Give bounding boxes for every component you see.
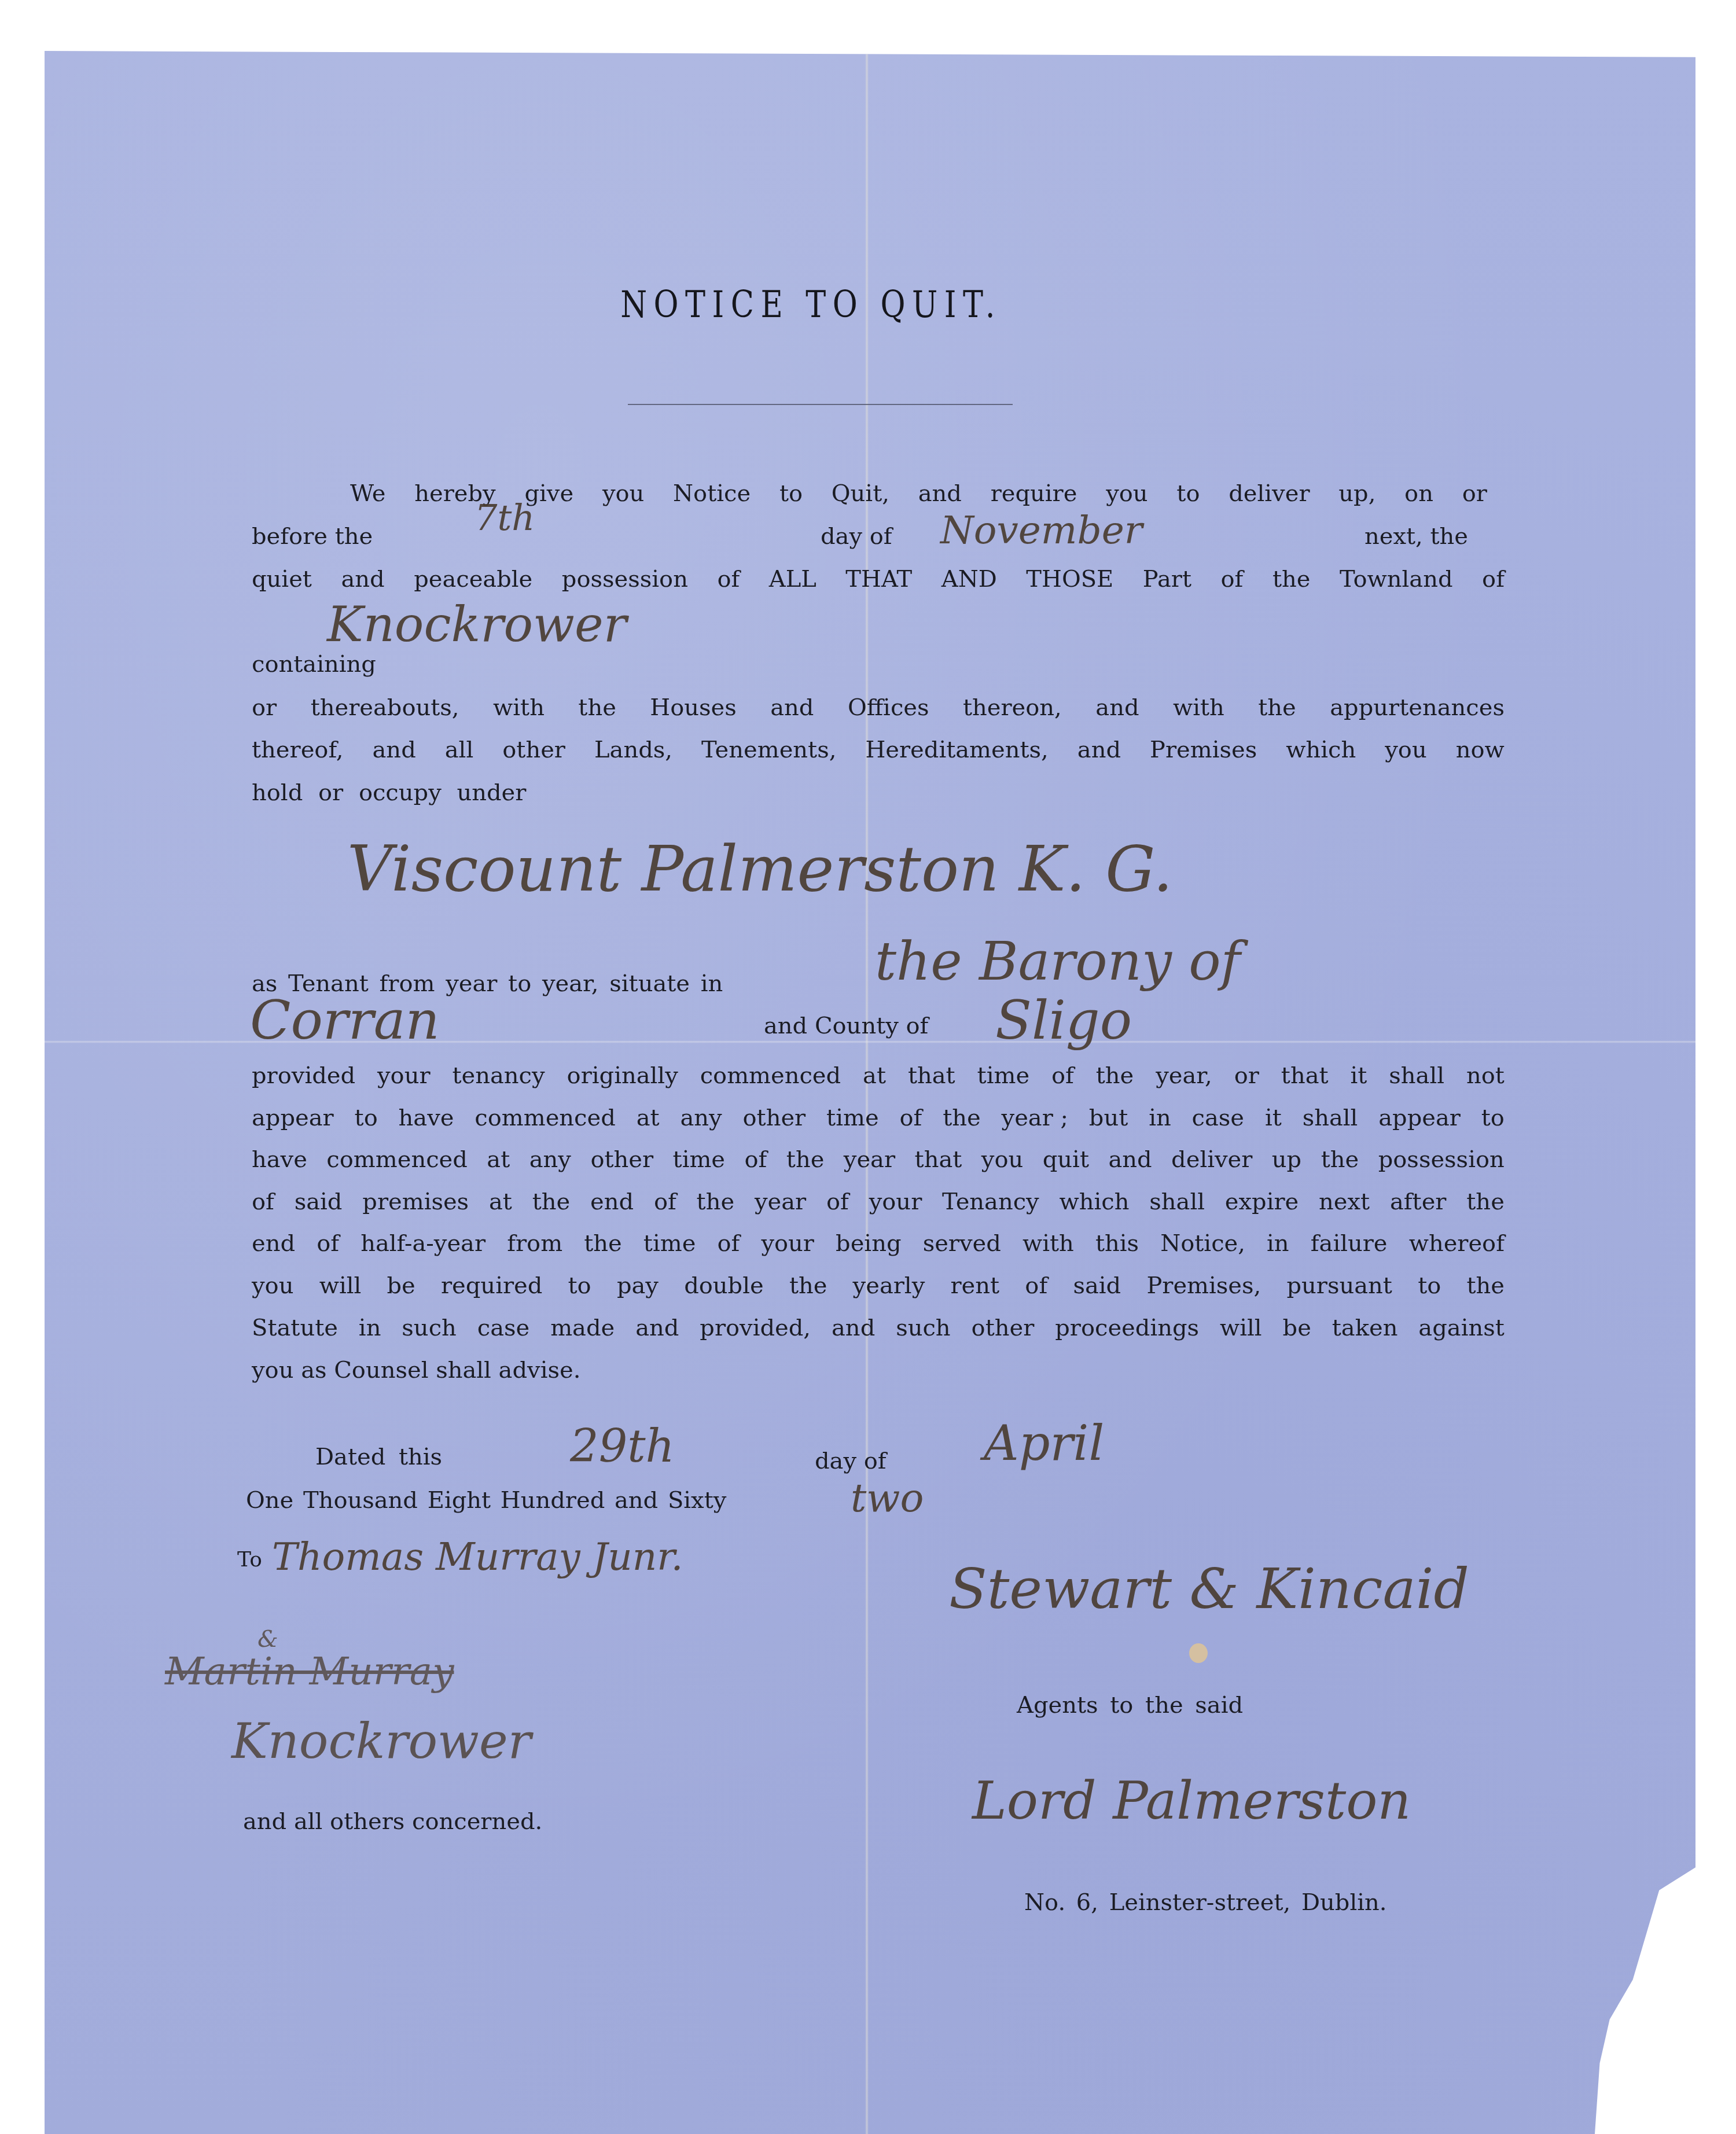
word: other — [502, 737, 565, 763]
agents-label: Agents to the said — [1017, 1692, 1243, 1719]
containing-label: containing — [252, 651, 376, 678]
word: of — [745, 1146, 767, 1173]
word: year, — [1156, 1062, 1212, 1089]
paragraph-line: endofhalf-a-yearfromthetimeofyourbeingse… — [252, 1230, 1505, 1257]
handwritten-dated-day: 29th — [570, 1421, 675, 1473]
word: the — [1272, 566, 1311, 593]
word: proceedings — [1055, 1315, 1199, 1341]
word: will — [319, 1272, 362, 1299]
word: of — [317, 1230, 339, 1257]
word: or — [252, 694, 277, 721]
word: said — [1073, 1272, 1121, 1299]
word: the — [1258, 694, 1296, 721]
word: whereof — [1409, 1230, 1505, 1257]
word: with — [493, 694, 545, 721]
word: year — [844, 1146, 895, 1173]
word: after — [1390, 1189, 1447, 1215]
word: be — [387, 1272, 415, 1299]
word: appear — [1378, 1105, 1461, 1131]
word: and — [918, 480, 962, 507]
word: half-a-year — [361, 1230, 486, 1257]
year-line: One Thousand Eight Hundred and Sixty — [246, 1487, 726, 1514]
paragraph-line: havecommencedatanyothertimeoftheyearthat… — [252, 1146, 1505, 1173]
word: case — [1192, 1105, 1244, 1131]
handwritten-tenant-townland: Knockrower — [231, 1713, 531, 1769]
word: that — [915, 1146, 962, 1173]
word: you — [981, 1146, 1023, 1173]
word: this — [1095, 1230, 1139, 1257]
word: Statute — [252, 1315, 338, 1341]
address-line: No. 6, Leinster-street, Dublin. — [1024, 1889, 1386, 1916]
paper-stain — [1189, 1643, 1208, 1663]
dated-day-of-label: day of — [815, 1448, 887, 1474]
word: of — [654, 1189, 676, 1215]
word: Premises — [1150, 737, 1257, 763]
word: pursuant — [1286, 1272, 1392, 1299]
word: AND — [941, 566, 997, 593]
word: Lands, — [594, 737, 672, 763]
word: shall — [1149, 1189, 1205, 1215]
word: time — [673, 1146, 725, 1173]
word: Hereditaments, — [865, 737, 1048, 763]
word: of — [252, 1189, 274, 1215]
word: provided, — [700, 1315, 811, 1341]
word: at — [487, 1146, 510, 1173]
handwritten-townland: Knockrower — [327, 596, 627, 653]
word: at — [863, 1062, 886, 1089]
word: but — [1089, 1105, 1128, 1131]
word: to — [1176, 480, 1200, 507]
word: now — [1456, 737, 1505, 763]
word: to — [568, 1272, 591, 1299]
word: the — [1096, 1062, 1134, 1089]
word: Tenements, — [701, 737, 836, 763]
word: Premises, — [1146, 1272, 1261, 1299]
body-line-3: quietandpeaceablepossessionofALLTHATANDT… — [252, 566, 1505, 593]
word: such — [896, 1315, 950, 1341]
word: of — [1482, 566, 1505, 593]
word: in — [1149, 1105, 1171, 1131]
word: other — [972, 1315, 1035, 1341]
word: expire — [1225, 1189, 1299, 1215]
word: rent — [950, 1272, 999, 1299]
word: time — [977, 1062, 1029, 1089]
paragraph-line: ofsaidpremisesattheendoftheyearofyourTen… — [252, 1189, 1505, 1215]
word: you — [602, 480, 644, 507]
title-divider — [628, 404, 1013, 405]
word: THOSE — [1026, 566, 1113, 593]
word: end — [590, 1189, 634, 1215]
handwritten-agents-signature: Stewart & Kincaid — [949, 1557, 1469, 1621]
word: to — [779, 480, 803, 507]
word: ALL — [769, 566, 816, 593]
word: to — [1418, 1272, 1441, 1299]
word: failure — [1311, 1230, 1388, 1257]
word: year ; — [1002, 1105, 1068, 1131]
word: of — [899, 1105, 922, 1131]
word: and — [1108, 1146, 1152, 1173]
word: appurtenances — [1330, 694, 1505, 721]
word: being — [836, 1230, 901, 1257]
word: the — [786, 1146, 825, 1173]
handwritten-struck-name: Martin Murray — [165, 1649, 454, 1694]
word: of — [1220, 566, 1243, 593]
word: you — [1385, 737, 1426, 763]
handwritten-barony-name: Corran — [250, 989, 440, 1051]
word: or — [1462, 480, 1487, 507]
word: the — [1321, 1146, 1359, 1173]
paragraph-line: youwillberequiredtopaydoubletheyearlyren… — [252, 1272, 1505, 1299]
paragraph-line: appeartohavecommencedatanyothertimeofthe… — [252, 1105, 1505, 1131]
handwritten-quit-month: November — [940, 508, 1142, 553]
word: appear — [252, 1105, 334, 1131]
paragraph-last-line: you as Counsel shall advise. — [252, 1357, 580, 1384]
word: other — [743, 1105, 806, 1131]
word: thereof, — [252, 737, 343, 763]
word: that — [908, 1062, 955, 1089]
word: commenced — [700, 1062, 841, 1089]
word: required — [441, 1272, 542, 1299]
word: commenced — [326, 1146, 467, 1173]
day-of-label: day of — [821, 523, 892, 550]
paragraph-line: providedyourtenancyoriginallycommencedat… — [252, 1062, 1505, 1089]
handwritten-county: Sligo — [995, 989, 1132, 1051]
handwritten-dated-month: April — [984, 1415, 1104, 1471]
handwritten-quit-day: 7th — [475, 496, 535, 539]
word: thereon, — [963, 694, 1062, 721]
word: you — [252, 1272, 293, 1299]
word: which — [1286, 737, 1356, 763]
word: such — [402, 1315, 456, 1341]
word: taken — [1332, 1315, 1398, 1341]
word: quiet — [252, 566, 312, 593]
word: Quit, — [832, 480, 889, 507]
word: tenancy — [453, 1062, 545, 1089]
word: served — [923, 1230, 1001, 1257]
vertical-fold-crease — [865, 51, 869, 2134]
word: yearly — [853, 1272, 925, 1299]
word: and — [1095, 694, 1139, 721]
word: any — [680, 1105, 722, 1131]
word: which — [1060, 1189, 1130, 1215]
word: will — [1220, 1315, 1262, 1341]
word: other — [590, 1146, 653, 1173]
paragraph-line: Statuteinsuchcasemadeandprovided,andsuch… — [252, 1315, 1505, 1341]
handwritten-year-suffix: two — [851, 1476, 924, 1521]
word: deliver — [1229, 480, 1310, 507]
word: against — [1418, 1315, 1504, 1341]
word: and — [832, 1315, 875, 1341]
word: or — [1234, 1062, 1259, 1089]
to-label: To — [237, 1548, 262, 1572]
word: at — [489, 1189, 512, 1215]
document-title: NOTICE TO QUIT. — [586, 284, 1036, 326]
handwritten-barony: the Barony of — [875, 930, 1241, 992]
next-the-label: next, the — [1364, 523, 1468, 550]
hold-or-occupy-label: hold or occupy under — [252, 779, 526, 806]
handwritten-landlord: Viscount Palmerston K. G. — [347, 833, 1173, 906]
word: the — [584, 1230, 622, 1257]
word: at — [637, 1105, 660, 1131]
word: have — [399, 1105, 454, 1131]
word: possession — [562, 566, 688, 593]
word: of — [826, 1189, 849, 1215]
word: shall — [1389, 1062, 1444, 1089]
word: commenced — [475, 1105, 615, 1131]
word: Offices — [848, 694, 929, 721]
word: not — [1466, 1062, 1505, 1089]
word: case — [477, 1315, 529, 1341]
word: pay — [617, 1272, 659, 1299]
word: and — [770, 694, 814, 721]
word: Tenancy — [942, 1189, 1039, 1215]
word: require — [991, 480, 1077, 507]
word: the — [1466, 1189, 1505, 1215]
word: you — [1106, 480, 1147, 507]
word: your — [869, 1189, 922, 1215]
word: Houses — [650, 694, 736, 721]
handwritten-lord-signature: Lord Palmerston — [972, 1771, 1411, 1831]
word: provided — [252, 1062, 355, 1089]
word: with — [1023, 1230, 1074, 1257]
handwritten-struck-ampersand: & — [258, 1626, 278, 1653]
word: and — [373, 737, 416, 763]
word: Notice — [673, 480, 751, 507]
word: THAT — [845, 566, 912, 593]
word: it — [1265, 1105, 1282, 1131]
word: Part — [1143, 566, 1191, 593]
word: of — [717, 1230, 740, 1257]
dated-this-label: Dated this — [315, 1444, 442, 1470]
word: your — [377, 1062, 431, 1089]
word: deliver — [1171, 1146, 1252, 1173]
word: from — [507, 1230, 562, 1257]
word: thereabouts, — [311, 694, 459, 721]
word: be — [1283, 1315, 1311, 1341]
word: and — [1077, 737, 1121, 763]
word: end — [252, 1230, 295, 1257]
word: peaceable — [414, 566, 532, 593]
word: and — [635, 1315, 679, 1341]
word: made — [550, 1315, 615, 1341]
word: the — [697, 1189, 735, 1215]
word: year — [755, 1189, 806, 1215]
word: up, — [1338, 480, 1375, 507]
handwritten-tenant-name: Thomas Murray Junr. — [272, 1535, 683, 1579]
word: in — [359, 1315, 381, 1341]
all-others-label: and all others concerned. — [243, 1808, 542, 1835]
word: any — [529, 1146, 571, 1173]
word: said — [295, 1189, 343, 1215]
county-line: and County of — [764, 1013, 928, 1039]
before-the-label: before the — [252, 523, 373, 550]
word: the — [1466, 1272, 1505, 1299]
word: that — [1281, 1062, 1329, 1089]
word: of — [1025, 1272, 1047, 1299]
word: with — [1173, 694, 1224, 721]
word: time — [826, 1105, 878, 1131]
word: possession — [1378, 1146, 1505, 1173]
word: your — [761, 1230, 814, 1257]
body-line-5: orthereabouts,withtheHousesandOfficesthe… — [252, 694, 1505, 721]
word: originally — [567, 1062, 678, 1089]
word: Townland — [1340, 566, 1453, 593]
word: quit — [1043, 1146, 1089, 1173]
word: in — [1267, 1230, 1289, 1257]
word: it — [1351, 1062, 1367, 1089]
body-line-6: thereof,andallotherLands,Tenements,Hered… — [252, 737, 1505, 763]
word: and — [341, 566, 384, 593]
word: all — [445, 737, 473, 763]
word: to — [1481, 1105, 1505, 1131]
word: the — [578, 694, 616, 721]
word: the — [789, 1272, 827, 1299]
word: the — [943, 1105, 981, 1131]
word: of — [717, 566, 740, 593]
word: have — [252, 1146, 307, 1173]
word: time — [643, 1230, 696, 1257]
word: the — [532, 1189, 571, 1215]
word: premises — [362, 1189, 469, 1215]
word: of — [1051, 1062, 1074, 1089]
word: double — [684, 1272, 764, 1299]
word: shall — [1303, 1105, 1358, 1131]
word: up — [1272, 1146, 1301, 1173]
word: to — [355, 1105, 378, 1131]
word: We — [350, 480, 386, 507]
word: on — [1404, 480, 1433, 507]
word: next — [1319, 1189, 1370, 1215]
word: Notice, — [1160, 1230, 1245, 1257]
